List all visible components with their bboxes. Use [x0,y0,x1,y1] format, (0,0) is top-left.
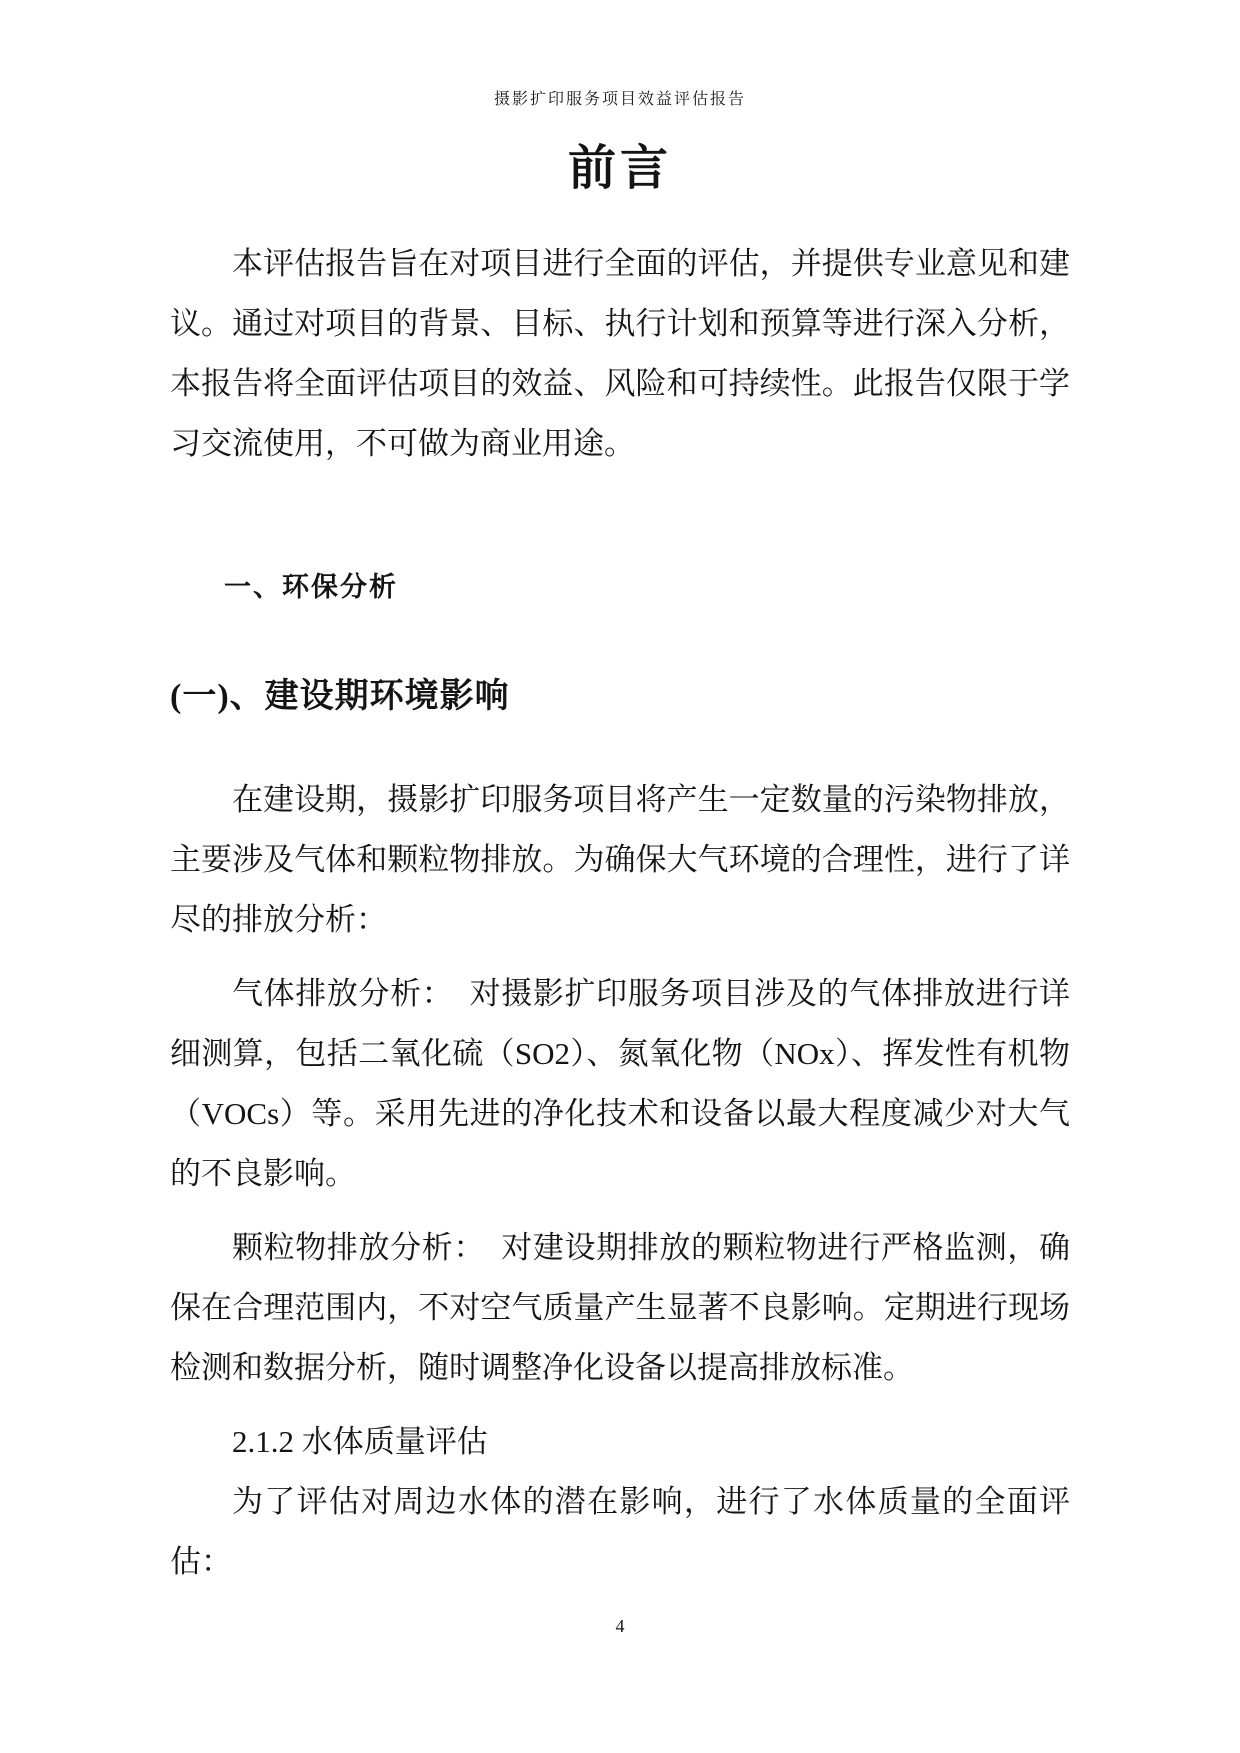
body-paragraph-construction-emissions: 在建设期，摄影扩印服务项目将产生一定数量的污染物排放，主要涉及气体和颗粒物排放。… [170,770,1070,950]
intro-paragraph: 本评估报告旨在对项目进行全面的评估，并提供专业意见和建议。通过对项目的背景、目标… [170,234,1070,474]
running-header: 摄影扩印服务项目效益评估报告 [0,86,1240,109]
body-paragraph-water-quality-intro: 为了评估对周边水体的潜在影响，进行了水体质量的全面评估： [170,1472,1070,1592]
subsection-heading-construction-impact: (一)、建设期环境影响 [170,676,1070,718]
body-paragraph-gas-emission-analysis: 气体排放分析： 对摄影扩印服务项目涉及的气体排放进行详细测算，包括二氧化硫（SO… [170,964,1070,1204]
body-paragraph-water-quality-heading: 2.1.2 水体质量评估 [170,1412,1070,1472]
document-page: 摄影扩印服务项目效益评估报告 前言 本评估报告旨在对项目进行全面的评估，并提供专… [0,0,1240,1753]
section-heading-environment-analysis: 一、环保分析 [170,570,1070,604]
document-title: 前言 [170,140,1070,198]
body-paragraph-particulate-analysis: 颗粒物排放分析： 对建设期排放的颗粒物进行严格监测，确保在合理范围内，不对空气质… [170,1218,1070,1398]
page-number: 4 [0,1616,1240,1637]
